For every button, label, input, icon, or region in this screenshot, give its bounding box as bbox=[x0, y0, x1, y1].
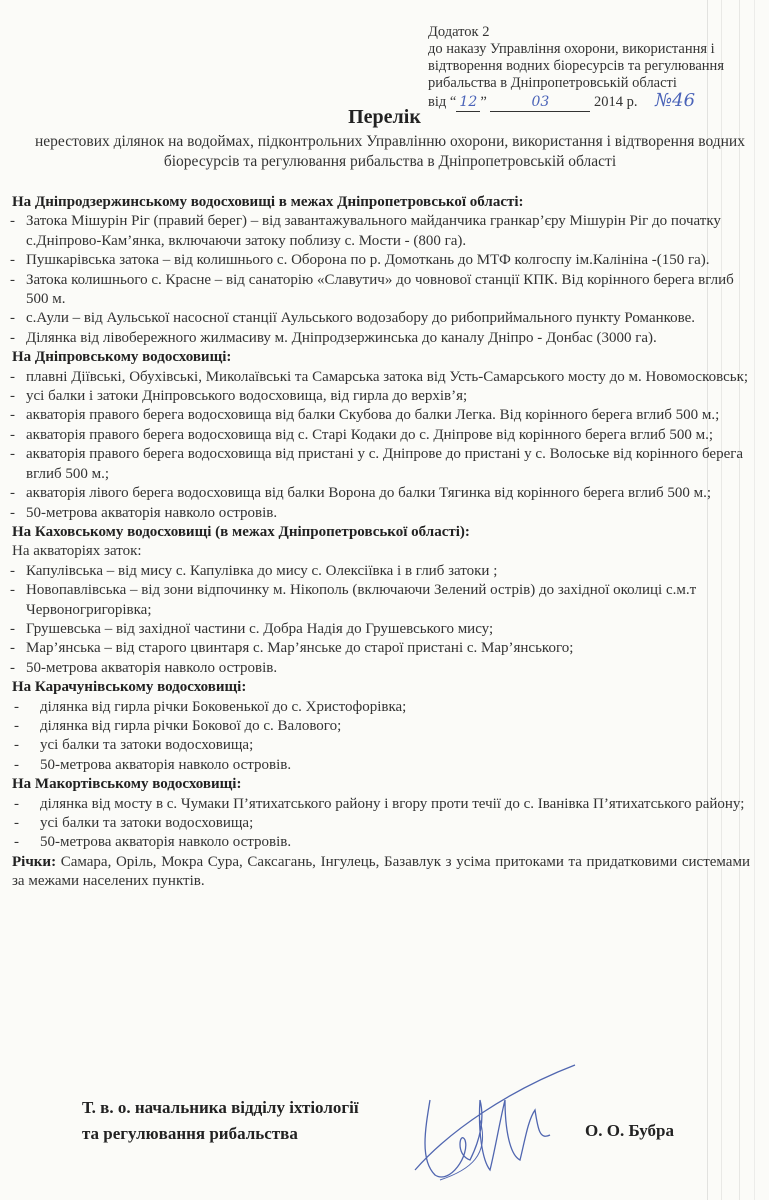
list-bullet-dash: - bbox=[10, 368, 15, 387]
annex-line: рибальства в Дніпропетровській області bbox=[428, 75, 758, 92]
list-item: -Пушкарівська затока – від колишнього с.… bbox=[8, 251, 750, 270]
list-bullet-dash: - bbox=[14, 698, 19, 717]
list-item: -Мар’янська – від старого цвинтаря с. Ма… bbox=[8, 639, 750, 658]
list-bullet-dash: - bbox=[14, 795, 19, 814]
list-item: -Грушевська – від західної частини с. До… bbox=[8, 620, 750, 639]
list-item-text: Новопавлівська – від зони відпочинку м. … bbox=[26, 582, 696, 617]
section-heading: На Карачунівському водосховищі: bbox=[8, 678, 750, 697]
rivers-paragraph: Річки: Самара, Оріль, Мокра Сура, Саксаг… bbox=[8, 853, 750, 892]
list-bullet-dash: - bbox=[10, 426, 15, 445]
annex-line: до наказу Управління охорони, використан… bbox=[428, 41, 758, 58]
list-bullet-dash: - bbox=[14, 814, 19, 833]
list-item: -акваторія лівого берега водосховища від… bbox=[8, 484, 750, 503]
list-item: -ділянка від гирла річки Боковенької до … bbox=[8, 698, 750, 717]
list-item: -50-метрова акваторія навколо островів. bbox=[8, 504, 750, 523]
list-item-text: 50-метрова акваторія навколо островів. bbox=[40, 834, 291, 850]
list-bullet-dash: - bbox=[10, 562, 15, 581]
signatory-position: Т. в. о. начальника відділу іхтіології т… bbox=[82, 1095, 359, 1147]
section-heading-suffix: (в межах Дніпропетровської області): bbox=[211, 524, 470, 540]
annex-header: Додаток 2 до наказу Управління охорони, … bbox=[428, 24, 758, 112]
list-bullet-dash: - bbox=[14, 736, 19, 755]
list-item-text: усі балки та затоки водосховища; bbox=[40, 815, 253, 831]
section-heading: На Каховському водосховищі (в межах Дніп… bbox=[8, 523, 750, 542]
annex-line: відтворення водних біоресурсів та регулю… bbox=[428, 58, 758, 75]
list-item: -акваторія правого берега водосховища ві… bbox=[8, 426, 750, 445]
handwritten-signature bbox=[410, 1060, 580, 1190]
signatory-name: О. О. Бубра bbox=[585, 1121, 674, 1141]
list-item-text: плавні Діївські, Обухівські, Миколаївськ… bbox=[26, 369, 748, 385]
section-heading: На Дніпровському водосховищі: bbox=[8, 348, 750, 367]
list-item-text: ділянка від гирла річки Боковенької до с… bbox=[40, 699, 406, 715]
rivers-text: Самара, Оріль, Мокра Сура, Саксагань, Ін… bbox=[12, 854, 750, 889]
list-item-text: ділянка від мосту в с. Чумаки П’ятихатсь… bbox=[40, 796, 744, 812]
list-item: -акваторія правого берега водосховища ві… bbox=[8, 445, 750, 484]
list-item: -ділянка від гирла річки Бокової до с. В… bbox=[8, 717, 750, 736]
section-heading: На Дніпродзержинському водосховищі в меж… bbox=[8, 193, 750, 212]
list-item-text: 50-метрова акваторія навколо островів. bbox=[40, 757, 291, 773]
list-item: -50-метрова акваторія навколо островів. bbox=[8, 756, 750, 775]
list-item-text: с.Аули – від Аульської насосної станції … bbox=[26, 310, 695, 326]
list-bullet-dash: - bbox=[10, 659, 15, 678]
list-bullet-dash: - bbox=[10, 212, 15, 231]
section-heading-text: На Дніпродзержинському водосховищі в меж… bbox=[12, 194, 524, 210]
list-item: -Затока Мішурін Ріг (правий берег) – від… bbox=[8, 212, 750, 251]
section-heading: На Макортівському водосховищі: bbox=[8, 775, 750, 794]
section-heading-text: На Дніпровському водосховищі: bbox=[12, 349, 231, 365]
list-item-text: Ділянка від лівобережного жилмасиву м. Д… bbox=[26, 330, 657, 346]
list-item-text: Мар’янська – від старого цвинтаря с. Мар… bbox=[26, 640, 573, 656]
list-item-text: 50-метрова акваторія навколо островів. bbox=[26, 660, 277, 676]
list-bullet-dash: - bbox=[10, 271, 15, 290]
document-body: На Дніпродзержинському водосховищі в меж… bbox=[8, 193, 750, 892]
section-heading-text: На Каховському водосховищі bbox=[12, 524, 211, 540]
annex-title: Додаток 2 bbox=[428, 24, 758, 41]
document-title: Перелік bbox=[0, 106, 769, 129]
list-bullet-dash: - bbox=[10, 504, 15, 523]
list-item-text: Капулівська – від мису с. Капулівка до м… bbox=[26, 563, 497, 579]
list-bullet-dash: - bbox=[10, 329, 15, 348]
list-item-text: ділянка від гирла річки Бокової до с. Ва… bbox=[40, 718, 341, 734]
document-subtitle: нерестових ділянок на водоймах, підконтр… bbox=[30, 132, 750, 172]
section-intro: На акваторіях заток: bbox=[8, 542, 750, 561]
list-bullet-dash: - bbox=[14, 756, 19, 775]
list-item-text: Пушкарівська затока – від колишнього с. … bbox=[26, 252, 710, 268]
list-bullet-dash: - bbox=[10, 581, 15, 600]
list-item: -плавні Діївські, Обухівські, Миколаївсь… bbox=[8, 368, 750, 387]
list-bullet-dash: - bbox=[14, 717, 19, 736]
list-item: -акваторія правого берега водосховища ві… bbox=[8, 406, 750, 425]
list-bullet-dash: - bbox=[10, 309, 15, 328]
list-bullet-dash: - bbox=[10, 620, 15, 639]
list-item-text: Грушевська – від західної частини с. Доб… bbox=[26, 621, 493, 637]
list-item-text: Затока колишнього с. Красне – від санато… bbox=[26, 272, 734, 307]
list-item-text: 50-метрова акваторія навколо островів. bbox=[26, 505, 277, 521]
list-bullet-dash: - bbox=[10, 484, 15, 503]
rivers-label: Річки: bbox=[12, 854, 56, 870]
list-item-text: акваторія правого берега водосховища від… bbox=[26, 407, 719, 423]
list-item-text: акваторія правого берега водосховища від… bbox=[26, 446, 743, 481]
position-line: та регулювання рибальства bbox=[82, 1121, 359, 1147]
list-item: -50-метрова акваторія навколо островів. bbox=[8, 833, 750, 852]
list-item: -Ділянка від лівобережного жилмасиву м. … bbox=[8, 329, 750, 348]
position-line: Т. в. о. начальника відділу іхтіології bbox=[82, 1095, 359, 1121]
list-bullet-dash: - bbox=[10, 406, 15, 425]
list-item: -усі балки та затоки водосховища; bbox=[8, 814, 750, 833]
list-bullet-dash: - bbox=[10, 387, 15, 406]
list-item-text: акваторія правого берега водосховища від… bbox=[26, 427, 713, 443]
list-item-text: усі балки і затоки Дніпровського водосхо… bbox=[26, 388, 467, 404]
list-item-text: акваторія лівого берега водосховища від … bbox=[26, 485, 711, 501]
section-heading-text: На Макортівському водосховищі: bbox=[12, 776, 241, 792]
list-bullet-dash: - bbox=[14, 833, 19, 852]
list-bullet-dash: - bbox=[10, 251, 15, 270]
list-item: -усі балки та затоки водосховища; bbox=[8, 736, 750, 755]
list-item: -усі балки і затоки Дніпровського водосх… bbox=[8, 387, 750, 406]
list-bullet-dash: - bbox=[10, 639, 15, 658]
list-item: - с.Аули – від Аульської насосної станці… bbox=[8, 309, 750, 328]
section-heading-text: На Карачунівському водосховищі: bbox=[12, 679, 246, 695]
list-item: -Капулівська – від мису с. Капулівка до … bbox=[8, 562, 750, 581]
list-item-text: Затока Мішурін Ріг (правий берег) – від … bbox=[26, 213, 721, 248]
list-bullet-dash: - bbox=[10, 445, 15, 464]
list-item: -Затока колишнього с. Красне – від санат… bbox=[8, 271, 750, 310]
list-item: - 50-метрова акваторія навколо островів. bbox=[8, 659, 750, 678]
list-item: -ділянка від мосту в с. Чумаки П’ятихатс… bbox=[8, 795, 750, 814]
list-item: -Новопавлівська – від зони відпочинку м.… bbox=[8, 581, 750, 620]
list-item-text: усі балки та затоки водосховища; bbox=[40, 737, 253, 753]
